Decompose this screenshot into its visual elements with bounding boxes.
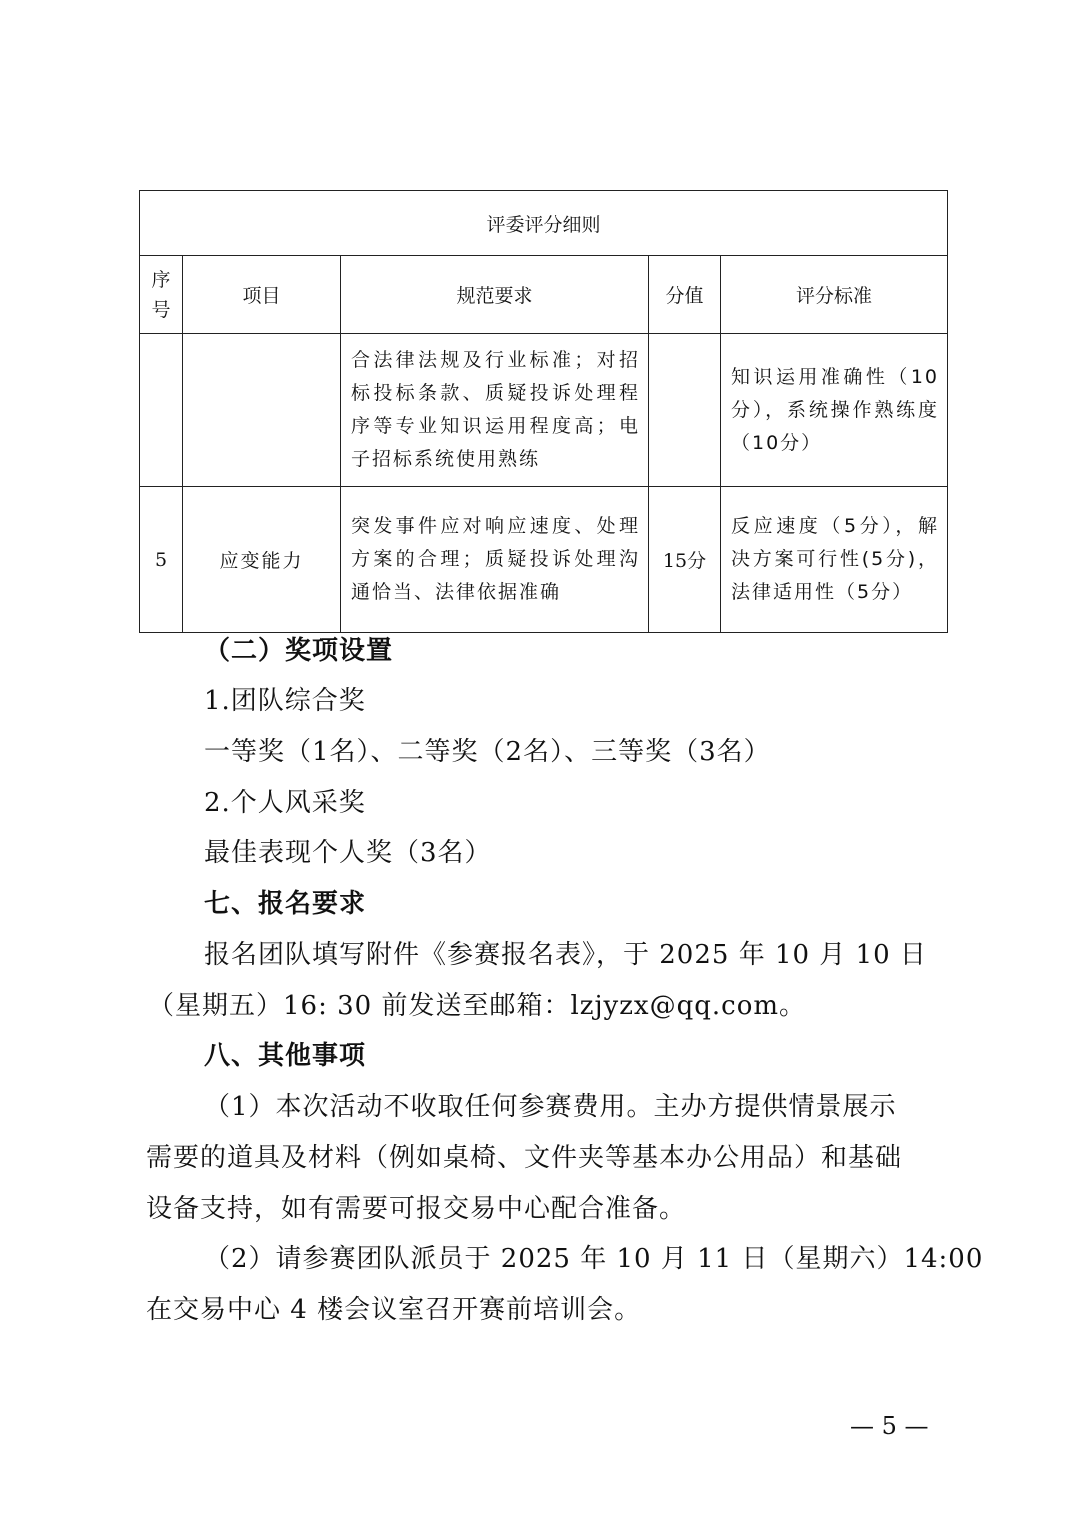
registration-line-1: 报名团队填写附件《参赛报名表》，于 2025 年 10 月 10 日 <box>204 942 927 968</box>
cell-index: 5 <box>140 487 183 633</box>
cell-item <box>183 334 341 487</box>
table-row: 5 应变能力 突发事件应对响应速度、处理方案的合理；质疑投诉处理沟通恰当、法律依… <box>140 487 948 633</box>
other-item1-line1: （1）本次活动不收取任何参赛费用。主办方提供情景展示 <box>204 1094 897 1120</box>
table-title: 评委评分细则 <box>140 191 948 256</box>
cell-criteria: 反应速度（5分），解决方案可行性(5分)，法律适用性（5分） <box>721 487 948 633</box>
individual-award-title: 2.个人风采奖 <box>204 790 366 816</box>
header-criteria: 评分标准 <box>721 256 948 334</box>
table-row: 合法律法规及行业标准；对招标投标条款、质疑投诉处理程序等专业知识运用程度高；电子… <box>140 334 948 487</box>
table-header-row: 序 号 项目 规范要求 分值 评分标准 <box>140 256 948 334</box>
other-item2-line2: 在交易中心 4 楼会议室召开赛前培训会。 <box>146 1297 641 1323</box>
cell-requirement: 合法律法规及行业标准；对招标投标条款、质疑投诉处理程序等专业知识运用程度高；电子… <box>341 334 649 487</box>
other-heading: 八、其他事项 <box>204 1043 366 1069</box>
cell-item: 应变能力 <box>183 487 341 633</box>
cell-score: 15分 <box>649 487 721 633</box>
other-item2-line1: （2）请参赛团队派员于 2025 年 10 月 11 日（星期六）14:00 <box>204 1246 983 1272</box>
registration-heading: 七、报名要求 <box>204 891 366 917</box>
page-number: — 5 — <box>850 1412 929 1440</box>
cell-index <box>140 334 183 487</box>
team-award-title: 1.团队综合奖 <box>204 688 366 714</box>
header-index-line: 序 <box>140 265 182 295</box>
awards-heading: （二）奖项设置 <box>204 638 393 664</box>
team-award-detail: 一等奖（1名）、二等奖（2名）、三等奖（3名） <box>204 739 771 765</box>
header-item: 项目 <box>183 256 341 334</box>
cell-criteria: 知识运用准确性（10分），系统操作熟练度（10分） <box>721 334 948 487</box>
scoring-table: 评委评分细则 序 号 项目 规范要求 分值 评分标准 合法律法规及行业标准；对招… <box>139 190 948 633</box>
individual-award-detail: 最佳表现个人奖（3名） <box>204 840 492 866</box>
header-score: 分值 <box>649 256 721 334</box>
other-item1-line3: 设备支持，如有需要可报交易中心配合准备。 <box>146 1196 686 1222</box>
header-index: 序 号 <box>140 256 183 334</box>
registration-line-2: （星期五）16: 30 前发送至邮箱：lzjyzx@qq.com。 <box>148 993 806 1019</box>
cell-requirement: 突发事件应对响应速度、处理方案的合理；质疑投诉处理沟通恰当、法律依据准确 <box>341 487 649 633</box>
cell-score <box>649 334 721 487</box>
header-index-line: 号 <box>140 295 182 325</box>
header-requirement: 规范要求 <box>341 256 649 334</box>
other-item1-line2: 需要的道具及材料（例如桌椅、文件夹等基本办公用品）和基础 <box>146 1145 902 1171</box>
